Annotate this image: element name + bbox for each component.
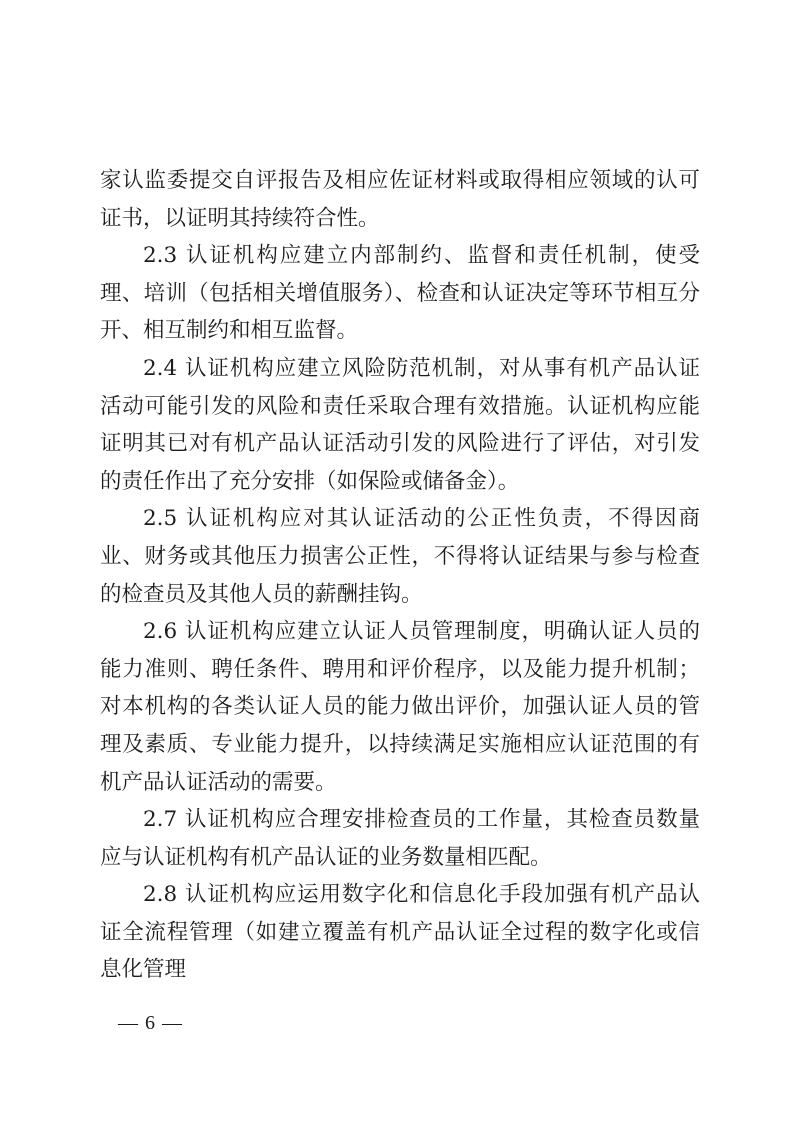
paragraph-continuation: 家认监委提交自评报告及相应佐证材料或取得相应领域的认可证书，以证明其持续符合性。 <box>100 162 700 237</box>
paragraph-2-4: 2.4 认证机构应建立风险防范机制，对从事有机产品认证活动可能引发的风险和责任采… <box>100 350 700 500</box>
paragraph-2-7: 2.7 认证机构应合理安排检查员的工作量，其检查员数量应与认证机构有机产品认证的… <box>100 801 700 876</box>
paragraph-2-8: 2.8 认证机构应运用数字化和信息化手段加强有机产品认证全流程管理（如建立覆盖有… <box>100 876 700 989</box>
document-body: 家认监委提交自评报告及相应佐证材料或取得相应领域的认可证书，以证明其持续符合性。… <box>100 162 700 989</box>
page-number: — 6 — <box>118 1012 183 1035</box>
paragraph-2-6: 2.6 认证机构应建立认证人员管理制度，明确认证人员的能力准则、聘任条件、聘用和… <box>100 613 700 801</box>
paragraph-2-5: 2.5 认证机构应对其认证活动的公正性负责，不得因商业、财务或其他压力损害公正性… <box>100 500 700 613</box>
paragraph-2-3: 2.3 认证机构应建立内部制约、监督和责任机制，使受理、培训（包括相关增值服务）… <box>100 237 700 350</box>
